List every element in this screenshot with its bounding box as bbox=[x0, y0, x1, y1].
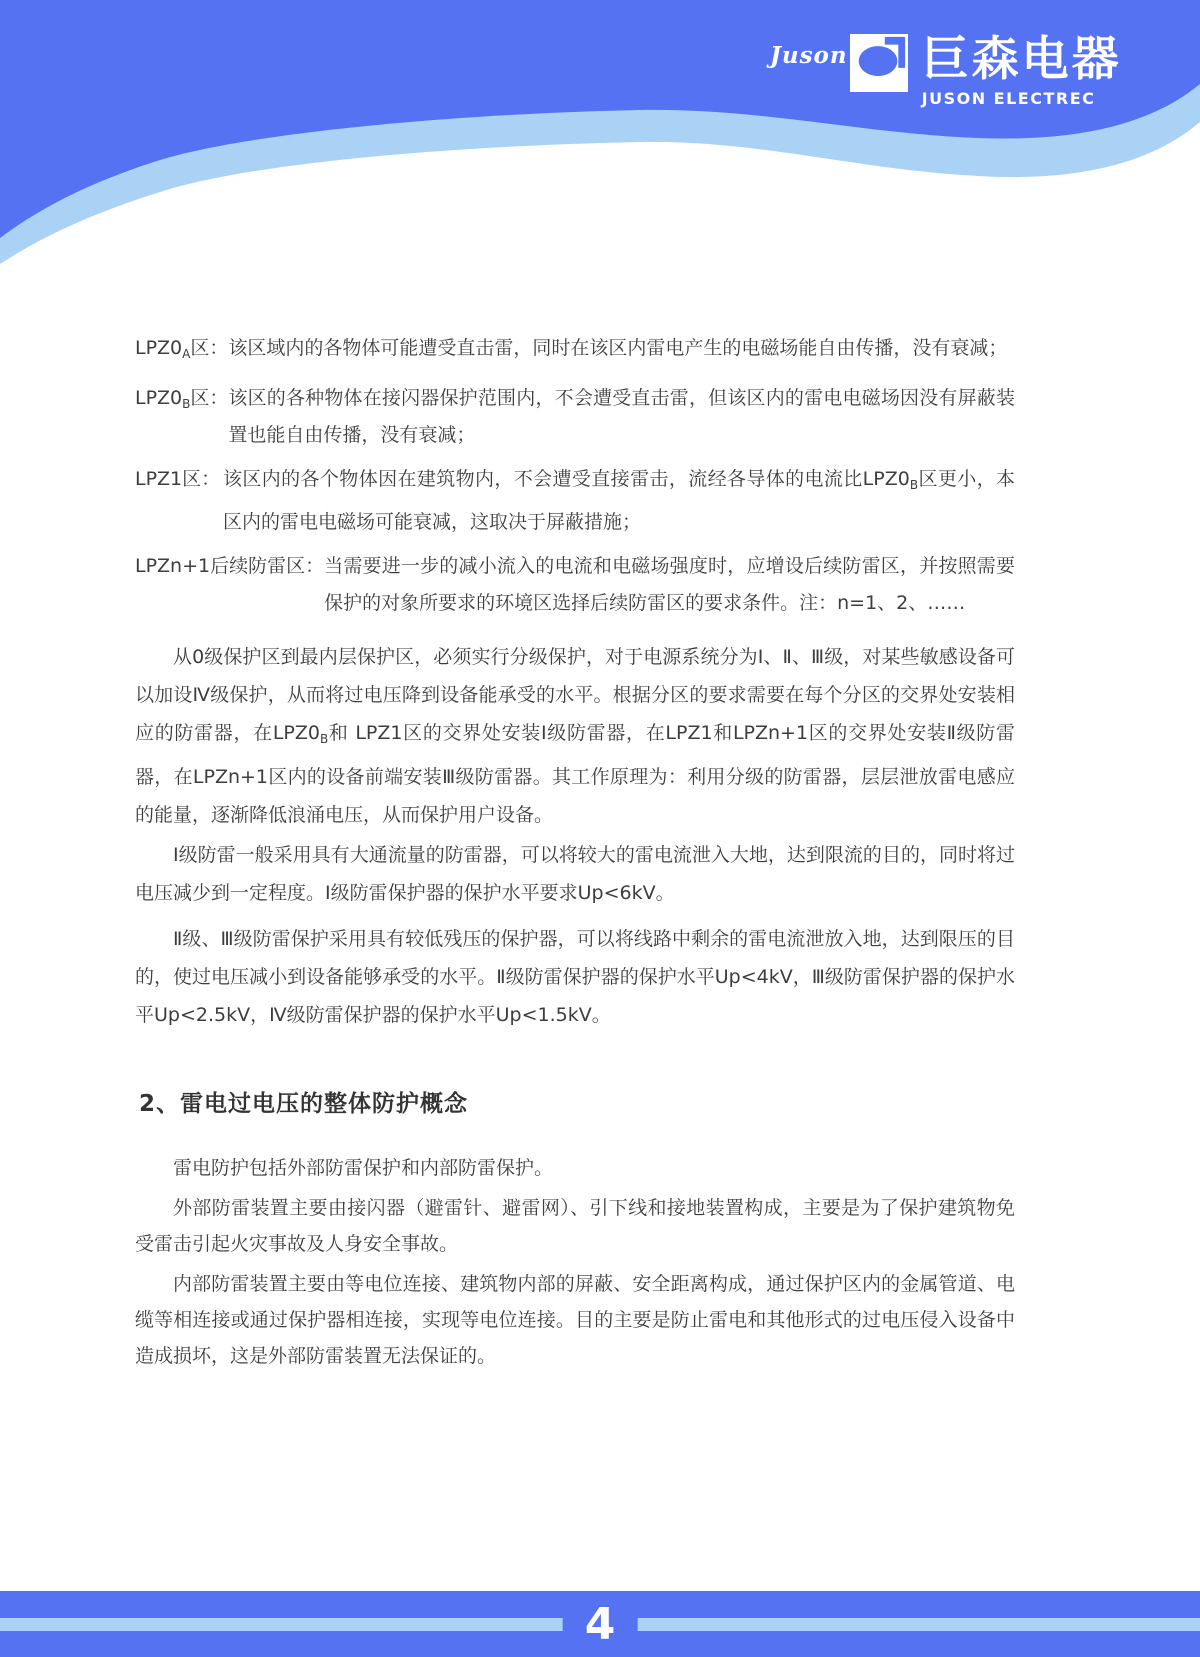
paragraph-external-protection: 外部防雷装置主要由接闪器（避雷针、避雷网）、引下线和接地装置构成，主要是为了保护… bbox=[135, 1190, 1015, 1262]
paragraph-class2-3-protection: Ⅱ级、Ⅲ级防雷保护采用具有较低残压的保护器，可以将线路中剩余的雷电流泄放入地，达… bbox=[135, 920, 1015, 1034]
logo-juson-script: Juson bbox=[770, 42, 848, 69]
paragraph-grading-protection: 从0级保护区到最内层保护区，必须实行分级保护，对于电源系统分为Ⅰ、Ⅱ、Ⅲ级，对某… bbox=[135, 638, 1015, 834]
page-number: 4 bbox=[563, 1591, 638, 1657]
paragraph-protection-overview: 雷电防护包括外部防雷保护和内部防雷保护。 bbox=[135, 1150, 1015, 1187]
brand-name-chinese: 巨森电器 bbox=[922, 34, 1122, 86]
brand-name-english: JUSON ELECTREC bbox=[922, 89, 1122, 108]
lpz-entry-label: LPZ1区： bbox=[135, 461, 223, 541]
juson-logo-icon bbox=[850, 34, 908, 92]
lpz-entry-label: LPZn+1后续防雷区： bbox=[135, 548, 324, 622]
lpz-entry-text: 该区的各种物体在接闪器保护范围内，不会遭受直击雷，但该区内的雷电电磁场因没有屏蔽… bbox=[228, 380, 1015, 454]
document-page: Juson 巨森电器 JUSON ELECTREC LPZ0A区： 该区域内的各… bbox=[0, 0, 1200, 1657]
paragraph-class1-protection: Ⅰ级防雷一般采用具有大通流量的防雷器，可以将较大的雷电流泄入大地，达到限流的目的… bbox=[135, 836, 1015, 912]
lpz-entry: LPZ1区： 该区内的各个物体因在建筑物内，不会遭受直接雷击，流经各导体的电流比… bbox=[135, 461, 1015, 541]
lpz-entry-text: 该区内的各个物体因在建筑物内，不会遭受直接雷击，流经各导体的电流比LPZ0B区更… bbox=[223, 461, 1015, 541]
lpz-entry: LPZ0A区： 该区域内的各物体可能遭受直击雷，同时在该区内雷电产生的电磁场能自… bbox=[135, 330, 1015, 373]
section-heading: 2、雷电过电压的整体防护概念 bbox=[139, 1085, 468, 1118]
lpz-entry: LPZn+1后续防雷区： 当需要进一步的减小流入的电流和电磁场强度时，应增设后续… bbox=[135, 548, 1015, 622]
paragraph-internal-protection: 内部防雷装置主要由等电位连接、建筑物内部的屏蔽、安全距离构成，通过保护区内的金属… bbox=[135, 1266, 1015, 1374]
lpz-entry-text: 该区域内的各物体可能遭受直击雷，同时在该区内雷电产生的电磁场能自由传播，没有衰减… bbox=[228, 330, 1015, 373]
lpz-entry-label: LPZ0B区： bbox=[135, 380, 228, 454]
lpz-definition-list: LPZ0A区： 该区域内的各物体可能遭受直击雷，同时在该区内雷电产生的电磁场能自… bbox=[135, 330, 1015, 629]
lpz-entry-text: 当需要进一步的减小流入的电流和电磁场强度时，应增设后续防雷区，并按照需要保护的对… bbox=[324, 548, 1015, 622]
page-header: Juson 巨森电器 JUSON ELECTREC bbox=[0, 0, 1200, 280]
page-footer: 4 bbox=[0, 1591, 1200, 1657]
lpz-entry-label: LPZ0A区： bbox=[135, 330, 228, 373]
brand-text: 巨森电器 JUSON ELECTREC bbox=[922, 34, 1122, 108]
lpz-entry: LPZ0B区： 该区的各种物体在接闪器保护范围内，不会遭受直击雷，但该区内的雷电… bbox=[135, 380, 1015, 454]
brand-logo: Juson 巨森电器 JUSON ELECTREC bbox=[770, 34, 1122, 108]
